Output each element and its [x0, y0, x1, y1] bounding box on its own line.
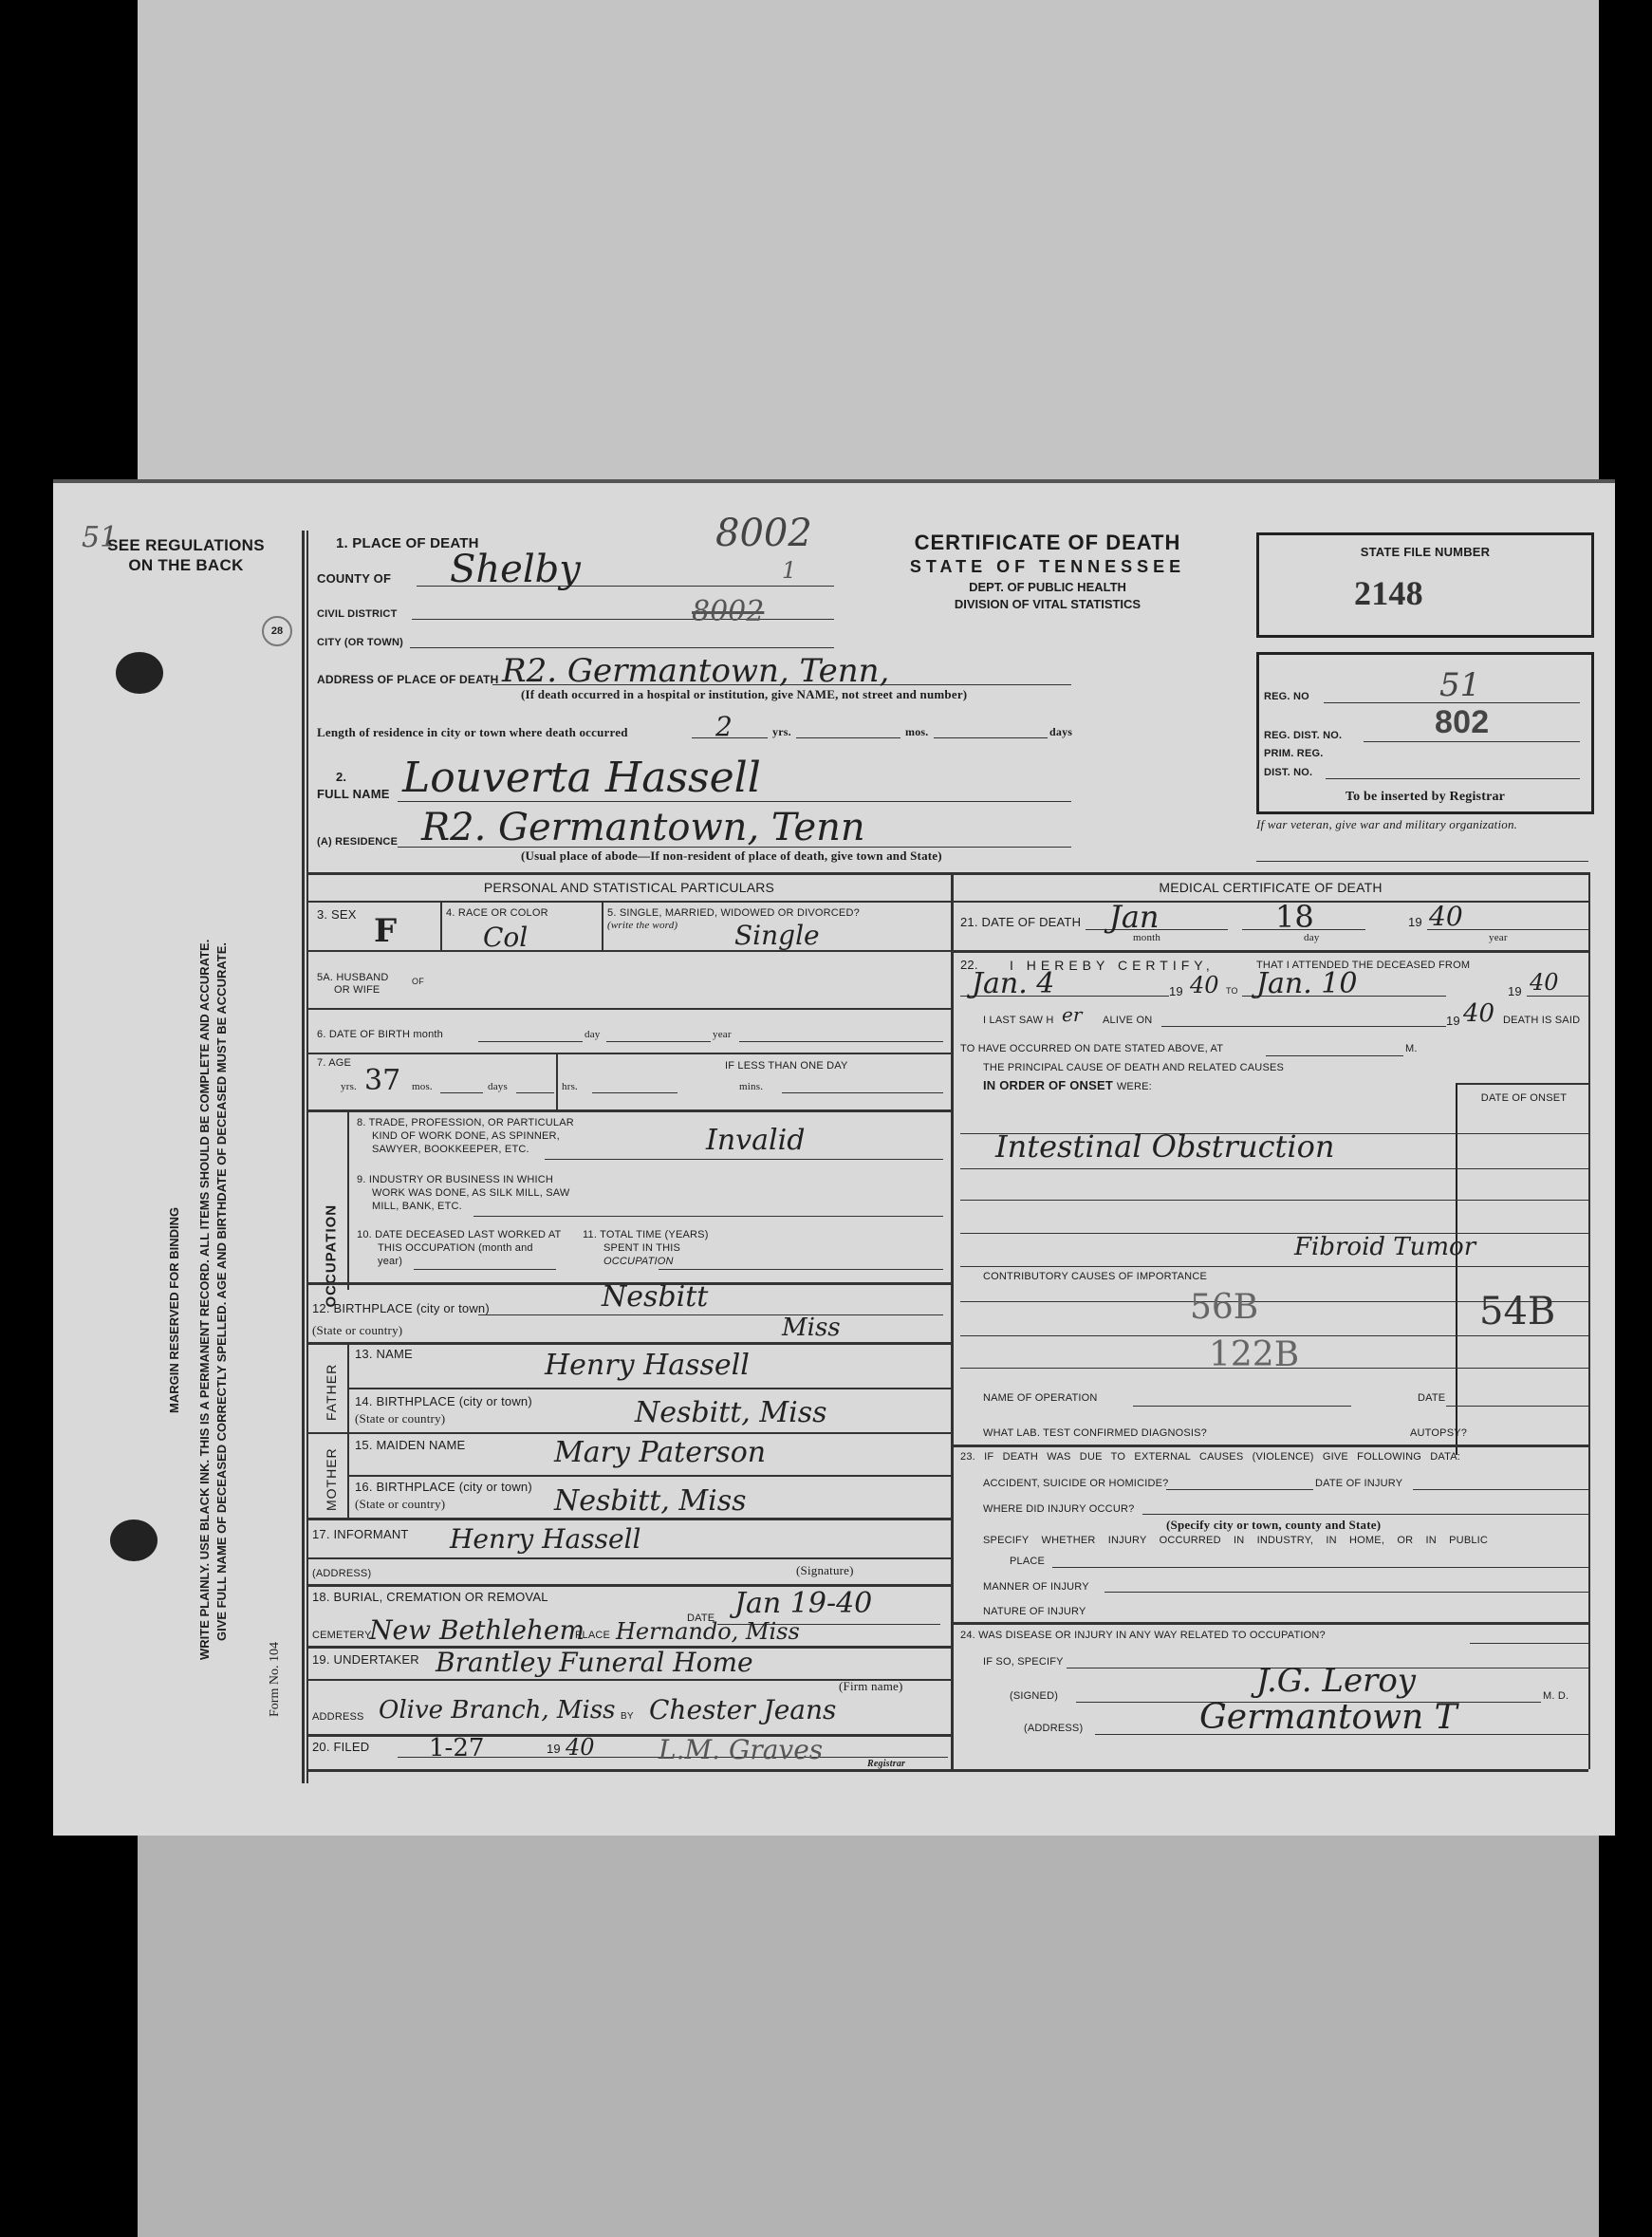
dist-no-underline: [1326, 778, 1580, 779]
marital-sub-label: (write the word): [607, 920, 678, 931]
industry-label-line1: 9. INDUSTRY OR BUSINESS IN WHICH: [357, 1173, 570, 1186]
certificate-division: DIVISION OF VITAL STATISTICS: [867, 597, 1228, 611]
if-so-label: IF SO, SPECIFY: [983, 1656, 1064, 1668]
background-sheet-top: [138, 0, 1599, 484]
spouse-of-label: OF: [412, 977, 424, 986]
mother-name-label: 15. MAIDEN NAME: [355, 1438, 465, 1452]
order-onset-label: IN ORDER OF ONSET WERE:: [983, 1078, 1152, 1092]
date-of-onset-label: DATE OF ONSET: [1457, 1092, 1590, 1104]
race-divider: [602, 901, 603, 950]
nature-of-injury-label: NATURE OF INJURY: [983, 1606, 1086, 1617]
form-left-border-inner: [306, 531, 308, 1783]
dob-day-underline: [606, 1041, 711, 1042]
cause-line-4: [960, 1233, 1588, 1234]
age-value: 37: [364, 1064, 400, 1097]
injury-place-underline: [1052, 1567, 1588, 1568]
dod-day-label: day: [1304, 932, 1319, 943]
trade-label: 8. TRADE, PROFESSION, OR PARTICULAR KIND…: [357, 1116, 574, 1156]
firm-name-label: (Firm name): [839, 1679, 903, 1694]
registrar-signature: L.M. Graves: [659, 1734, 823, 1765]
father-side-label: FATHER: [324, 1345, 339, 1421]
birthplace-underline: [478, 1314, 943, 1315]
cause-2-value: Fibroid Tumor: [1294, 1233, 1476, 1261]
reg-dist-underline: [1364, 741, 1580, 742]
hrs-underline: [592, 1092, 678, 1093]
binding-hole-bottom: [110, 1519, 158, 1561]
row-divider-22: [953, 1445, 1588, 1447]
address-of-death-note: (If death occurred in a hospital or inst…: [521, 687, 967, 702]
father-section-divider: [307, 1432, 951, 1434]
manner-of-injury-underline: [1104, 1592, 1588, 1593]
war-veteran-underline: [1256, 861, 1588, 862]
section-divider-top: [307, 872, 1588, 875]
to-year-prefix: 19: [1508, 984, 1522, 998]
last-worked-underline: [414, 1269, 556, 1270]
background-sheet-bottom: [138, 1827, 1599, 2237]
full-name-label: FULL NAME: [317, 787, 390, 801]
informant-value: Henry Hassell: [450, 1523, 640, 1555]
personal-section-title: PERSONAL AND STATISTICAL PARTICULARS: [307, 880, 951, 895]
occupation-related-underline: [1470, 1643, 1588, 1644]
physician-address-value: Germantown T: [1199, 1698, 1457, 1737]
mother-section-divider: [307, 1518, 951, 1520]
code-1-value: 56B: [1190, 1288, 1258, 1327]
cause-1-value: Intestinal Obstruction: [995, 1128, 1334, 1165]
form-right-border: [1588, 872, 1590, 1769]
undertaker-value: Brantley Funeral Home: [436, 1647, 753, 1678]
signed-value: J.G. Leroy: [1256, 1662, 1416, 1700]
prim-reg-label: PRIM. REG.: [1264, 748, 1324, 759]
external-causes-label: 23. IF DEATH WAS DUE TO EXTERNAL CAUSES …: [960, 1451, 1460, 1463]
injury-date-underline: [1413, 1489, 1588, 1490]
occupation-side-label: OCCUPATION: [324, 1222, 340, 1308]
residence-label: (A) RESIDENCE: [317, 836, 398, 848]
trade-label-line3: SAWYER, BOOKKEEPER, ETC.: [357, 1143, 574, 1156]
war-veteran-note: If war veteran, give war and military or…: [1256, 817, 1588, 831]
operation-underline: [1133, 1406, 1351, 1407]
last-worked-label: 10. DATE DECEASED LAST WORKED AT THIS OC…: [357, 1228, 561, 1268]
age-label: 7. AGE: [317, 1057, 351, 1069]
row-divider-5a: [307, 1008, 951, 1010]
operation-label: NAME OF OPERATION: [983, 1392, 1098, 1404]
form-number: Form No. 104: [268, 1642, 283, 1717]
margin-reserved-text: MARGIN RESERVED FOR BINDING: [167, 1207, 181, 1413]
alive-year-prefix: 19: [1446, 1014, 1460, 1028]
mother-name-value: Mary Paterson: [554, 1436, 766, 1469]
state-file-number-label: STATE FILE NUMBER: [1259, 545, 1591, 559]
birthplace-label: 12. BIRTHPLACE (city or town): [312, 1301, 490, 1315]
cemetery-value: New Bethlehem: [369, 1614, 585, 1646]
certificate-header: CERTIFICATE OF DEATH STATE OF TENNESSEE …: [867, 531, 1228, 611]
undertaker-label: 19. UNDERTAKER: [312, 1652, 419, 1667]
state-file-number-value: 2148: [1354, 573, 1423, 613]
last-worked-line3: year): [357, 1255, 561, 1268]
residence-note: (Usual place of abode—If non-resident of…: [521, 848, 942, 864]
see-regulations-line1: SEE REGULATIONS: [91, 535, 281, 555]
trade-underline: [545, 1159, 943, 1160]
alive-on-underline: [1161, 1026, 1446, 1027]
industry-underline: [473, 1216, 943, 1217]
full-name-num: 2.: [336, 770, 346, 784]
dod-year-label: year: [1489, 932, 1508, 943]
form-bottom-border: [307, 1769, 1588, 1772]
binding-margin: 51 SEE REGULATIONS ON THE BACK 28 MARGIN…: [53, 483, 305, 1836]
injury-date-label: DATE OF INJURY: [1315, 1478, 1402, 1489]
certificate-dept: DEPT. OF PUBLIC HEALTH: [867, 580, 1228, 594]
lab-test-label: WHAT LAB. TEST CONFIRMED DIAGNOSIS?: [983, 1427, 1207, 1439]
filed-label: 20. FILED: [312, 1740, 369, 1754]
alive-year-value: 40: [1463, 999, 1494, 1028]
undertaker-address-label: ADDRESS: [312, 1711, 364, 1723]
state-file-number-box: STATE FILE NUMBER 2148: [1256, 532, 1594, 638]
column-divider: [951, 872, 954, 1769]
dod-day-value: 18: [1275, 899, 1314, 935]
undertaker-by-label: BY: [621, 1711, 634, 1722]
undertaker-address-value: Olive Branch, Miss: [379, 1696, 616, 1724]
less-than-day-label: IF LESS THAN ONE DAY: [725, 1060, 848, 1072]
trade-value: Invalid: [706, 1124, 805, 1157]
county-label: COUNTY OF: [317, 571, 391, 586]
row-divider-23: [953, 1622, 1588, 1625]
where-injury-label: WHERE DID INJURY OCCUR?: [983, 1503, 1134, 1515]
filed-year-value: 40: [566, 1734, 595, 1761]
residence-value: R2. Germantown, Tenn: [421, 806, 865, 849]
filed-date-value: 1-27: [429, 1734, 484, 1762]
contributory-line-3: [960, 1368, 1588, 1369]
date-of-onset-column: DATE OF ONSET: [1456, 1083, 1590, 1455]
dod-month-label: month: [1133, 932, 1160, 943]
age-divider: [556, 1053, 558, 1109]
trade-label-line2: KIND OF WORK DONE, AS SPINNER,: [357, 1129, 574, 1143]
industry-label-line3: MILL, BANK, ETC.: [357, 1200, 570, 1213]
row-divider-21: [953, 950, 1588, 953]
age-yrs-label: yrs.: [341, 1081, 357, 1092]
alive-on-label: ALIVE ON: [1103, 1015, 1152, 1026]
dod-label: 21. DATE OF DEATH: [960, 915, 1081, 929]
civil-district-underline: [412, 619, 834, 620]
burial-label: 18. BURIAL, CREMATION OR REMOVAL: [312, 1590, 548, 1604]
sex-label: 3. SEX: [317, 907, 357, 922]
dob-year-label: year: [713, 1029, 732, 1040]
mins-underline: [782, 1092, 943, 1093]
specify-injury-label: SPECIFY WHETHER INJURY OCCURRED IN INDUS…: [983, 1535, 1488, 1546]
reg-dist-value: 802: [1435, 704, 1489, 741]
informant-address-label: (ADDRESS): [312, 1568, 371, 1579]
residence-mos-label: mos.: [905, 725, 928, 739]
operation-date-label: DATE: [1418, 1392, 1445, 1404]
accident-underline: [1166, 1489, 1313, 1490]
instructions-line2: GIVE FULL NAME OF DECEASED CORRECTLY SPE…: [214, 942, 229, 1641]
manner-of-injury-label: MANNER OF INJURY: [983, 1581, 1089, 1593]
mother-birthplace-label: 16. BIRTHPLACE (city or town): [355, 1480, 532, 1494]
father-name-divider: [347, 1388, 951, 1389]
code-mid: 1: [782, 557, 796, 584]
spouse-label-b: OR WIFE: [334, 984, 380, 996]
father-name-value: Henry Hassell: [545, 1349, 750, 1382]
residence-yrs-label: yrs.: [772, 725, 791, 739]
row-divider-12: [307, 1342, 951, 1345]
instructions-line1: WRITE PLAINLY. USE BLACK INK. THIS IS A …: [197, 940, 212, 1660]
accident-label: ACCIDENT, SUICIDE OR HOMICIDE?: [983, 1478, 1168, 1489]
total-time-label: 11. TOTAL TIME (YEARS) SPENT IN THIS OCC…: [583, 1228, 709, 1268]
registrar-box: REG. NO 51 REG. DIST. NO. 802 PRIM. REG.…: [1256, 652, 1594, 814]
cause-line-5: [960, 1266, 1588, 1267]
see-regulations-line2: ON THE BACK: [91, 555, 281, 575]
md-label: M. D.: [1543, 1690, 1568, 1702]
burial-date-value: Jan 19-40: [734, 1587, 872, 1620]
mother-birthplace-state-label: (State or country): [355, 1497, 445, 1512]
to-year-underline: [1527, 996, 1588, 997]
registrar-box-footer: To be inserted by Registrar: [1259, 790, 1591, 805]
spouse-label-a: 5A. HUSBAND: [317, 972, 389, 983]
county-value: Shelby: [450, 548, 581, 591]
occurred-at-underline: [1266, 1055, 1403, 1056]
reg-dist-label: REG. DIST. NO.: [1264, 730, 1342, 741]
row-divider-19: [307, 1734, 951, 1737]
address-of-death-value: R2. Germantown, Tenn,: [502, 652, 889, 690]
marital-label: 5. SINGLE, MARRIED, WIDOWED OR DIVORCED?: [607, 907, 860, 919]
father-birthplace-label: 14. BIRTHPLACE (city or town): [355, 1394, 532, 1408]
mother-birthplace-value: Nesbitt, Miss: [554, 1484, 747, 1518]
age-mos-label: mos.: [412, 1081, 433, 1092]
mother-name-divider: [347, 1475, 951, 1477]
where-injury-underline: [1142, 1514, 1588, 1515]
father-name-label: 13. NAME: [355, 1347, 413, 1361]
residence-months-underline: [796, 737, 900, 738]
filed-year-prefix: 19: [547, 1742, 561, 1756]
signed-label: (SIGNED): [1010, 1690, 1058, 1702]
autopsy-label: AUTOPSY?: [1410, 1427, 1467, 1439]
certificate-state: STATE OF TENNESSEE: [867, 557, 1228, 577]
dob-day-label: day: [585, 1029, 600, 1040]
parents-side-divider: [347, 1342, 349, 1518]
total-time-line1: 11. TOTAL TIME (YEARS): [583, 1228, 709, 1241]
last-worked-line1: 10. DATE DECEASED LAST WORKED AT: [357, 1228, 561, 1241]
birthplace-state-label: (State or country): [312, 1323, 402, 1338]
dob-year-underline: [739, 1041, 943, 1042]
race-value: Col: [483, 922, 528, 953]
father-birthplace-value: Nesbitt, Miss: [635, 1396, 827, 1429]
from-year-prefix: 19: [1169, 984, 1183, 998]
mother-side-label: MOTHER: [324, 1435, 339, 1511]
dob-month-underline: [478, 1041, 583, 1042]
address-of-death-label: ADDRESS OF PLACE OF DEATH: [317, 673, 498, 686]
hrs-label: hrs.: [562, 1081, 578, 1092]
residence-days-label: days: [1049, 725, 1072, 739]
form-left-border: [302, 531, 305, 1783]
reg-no-label: REG. NO: [1264, 691, 1309, 702]
dod-year-value: 40: [1429, 901, 1463, 932]
civil-district-value: 8002: [692, 595, 764, 628]
age-days-underline: [516, 1092, 554, 1093]
to-date-value: Jan. 10: [1256, 967, 1357, 1000]
dist-no-label: DIST. NO.: [1264, 767, 1312, 778]
age-days-label: days: [488, 1081, 508, 1092]
death-certificate: 51 SEE REGULATIONS ON THE BACK 28 MARGIN…: [53, 479, 1615, 1836]
order-onset-text: IN ORDER OF ONSET: [983, 1078, 1113, 1092]
sex-value: F: [374, 912, 397, 950]
to-label: TO: [1226, 986, 1238, 996]
occurred-m-label: M.: [1405, 1043, 1418, 1054]
registrar-label: Registrar: [867, 1759, 905, 1769]
informant-signature-label: (Signature): [796, 1563, 854, 1578]
contributory-label: CONTRIBUTORY CAUSES OF IMPORTANCE: [983, 1271, 1207, 1282]
see-regulations-note: SEE REGULATIONS ON THE BACK: [91, 535, 281, 575]
row-divider-7: [307, 1109, 951, 1112]
injury-place-label: PLACE: [1010, 1556, 1045, 1567]
dod-year-prefix: 19: [1408, 915, 1422, 929]
race-label: 4. RACE OR COLOR: [446, 907, 548, 919]
last-saw-pronoun: er: [1062, 1003, 1082, 1026]
informant-label: 17. INFORMANT: [312, 1527, 409, 1541]
residence-days-underline: [934, 737, 1048, 738]
form-body: 1. PLACE OF DEATH 8002 COUNTY OF Shelby …: [307, 483, 1609, 1836]
medical-title-divider: [953, 901, 1588, 903]
total-time-line3: OCCUPATION: [583, 1255, 709, 1268]
civil-district-label: CIVIL DISTRICT: [317, 608, 398, 620]
total-time-underline: [659, 1269, 943, 1270]
medical-section-title: MEDICAL CERTIFICATE OF DEATH: [953, 880, 1588, 895]
reg-no-value: 51: [1439, 666, 1480, 704]
from-year-value: 40: [1190, 972, 1219, 998]
marital-value: Single: [734, 920, 820, 951]
informant-divider: [307, 1557, 951, 1559]
father-birthplace-state-label: (State or country): [355, 1411, 445, 1426]
residence-years-value: 2: [715, 711, 733, 742]
birthplace-value: Nesbitt: [602, 1280, 708, 1314]
sex-divider: [440, 901, 442, 950]
from-date-value: Jan. 4: [972, 967, 1054, 1000]
personal-title-divider: [307, 901, 951, 903]
total-time-line2: SPENT IN THIS: [583, 1241, 709, 1255]
row-divider-3: [307, 950, 951, 952]
death-is-said: DEATH IS SAID: [1503, 1015, 1580, 1026]
physician-address-label: (ADDRESS): [1024, 1723, 1083, 1734]
occurred-at-label: TO HAVE OCCURRED ON DATE STATED ABOVE, A…: [960, 1043, 1223, 1054]
mins-label: mins.: [739, 1081, 763, 1092]
dob-label: 6. DATE OF BIRTH month: [317, 1029, 443, 1040]
cause-line-2: [960, 1168, 1588, 1169]
occupation-related-label: 24. WAS DISEASE OR INJURY IN ANY WAY REL…: [960, 1630, 1326, 1641]
residence-length-label: Length of residence in city or town wher…: [317, 725, 628, 740]
dod-month-value: Jan: [1109, 899, 1160, 935]
city-label: CITY (OR TOWN): [317, 637, 403, 648]
burial-place-value: Hernando, Miss: [616, 1618, 800, 1645]
industry-label-line2: WORK WAS DONE, AS SILK MILL, SAW: [357, 1186, 570, 1200]
full-name-value: Louverta Hassell: [402, 754, 761, 802]
undertaker-by-value: Chester Jeans: [649, 1694, 836, 1725]
were-text: WERE:: [1117, 1081, 1152, 1092]
principal-cause-label: THE PRINCIPAL CAUSE OF DEATH AND RELATED…: [983, 1062, 1284, 1073]
stamp-mark: 28: [262, 616, 292, 646]
industry-label: 9. INDUSTRY OR BUSINESS IN WHICH WORK WA…: [357, 1173, 570, 1213]
city-underline: [410, 647, 834, 648]
age-mos-underline: [440, 1092, 483, 1093]
operation-date-underline: [1446, 1406, 1588, 1407]
binding-hole-top: [116, 652, 163, 694]
burial-place-label: PLACE: [575, 1630, 610, 1641]
cemetery-label: CEMETERY: [312, 1630, 372, 1641]
row-divider-6: [307, 1053, 951, 1054]
code-2-value: 54B: [1479, 1290, 1555, 1333]
last-worked-line2: THIS OCCUPATION (month and: [357, 1241, 561, 1255]
trade-label-line1: 8. TRADE, PROFESSION, OR PARTICULAR: [357, 1116, 574, 1129]
last-saw-label: I LAST SAW H: [983, 1015, 1054, 1026]
where-injury-note: (Specify city or town, county and State): [1166, 1518, 1381, 1533]
birthplace-state-value: Miss: [782, 1314, 841, 1342]
code-top: 8002: [715, 512, 812, 555]
certificate-title: CERTIFICATE OF DEATH: [867, 531, 1228, 555]
to-year-value: 40: [1530, 969, 1559, 996]
occupation-side-divider: [347, 1109, 349, 1290]
cause-line-3: [960, 1200, 1588, 1201]
